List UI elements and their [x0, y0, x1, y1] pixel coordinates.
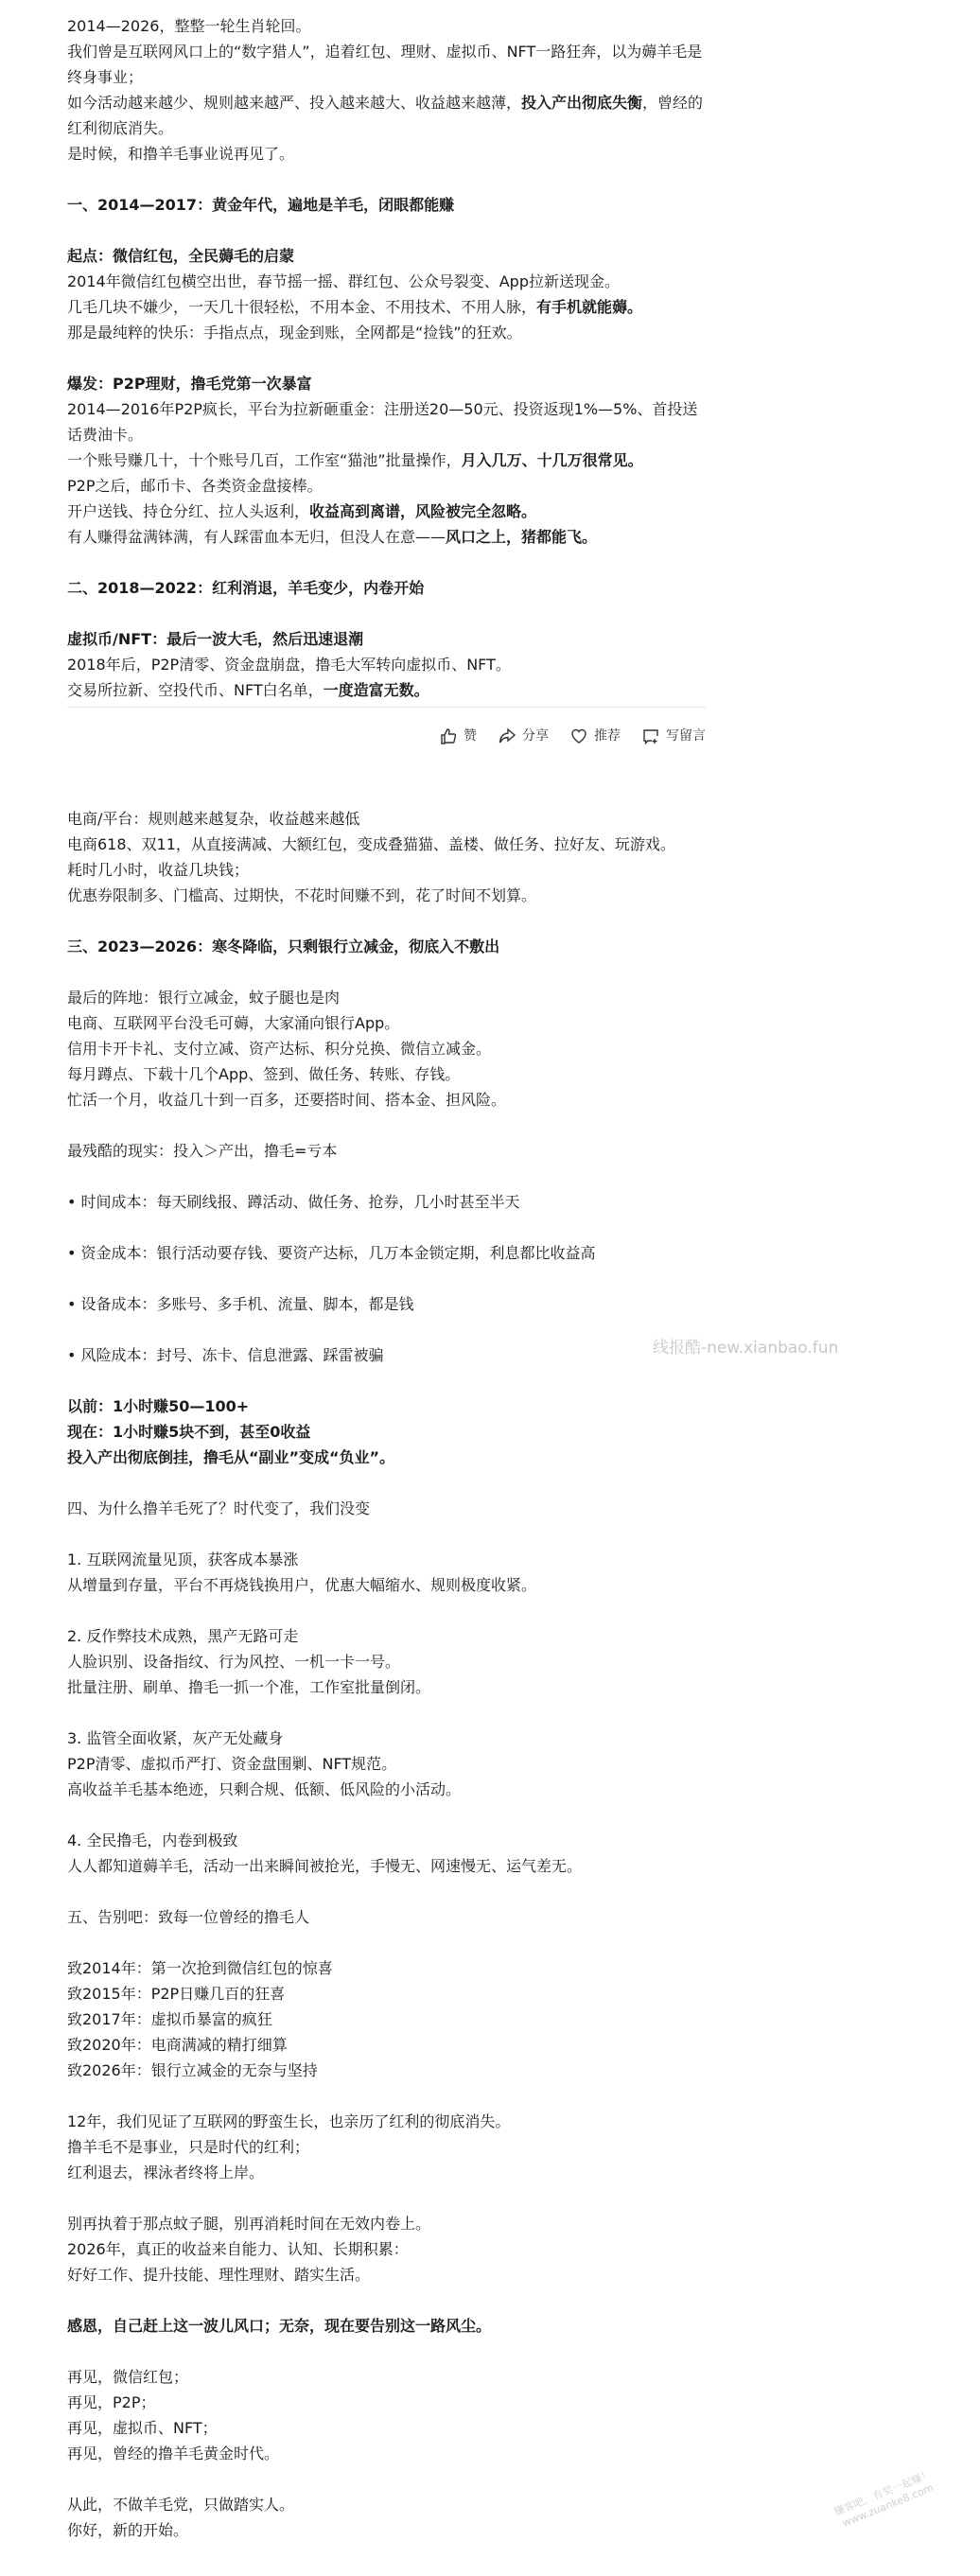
- compare-line: 现在：1小时赚5块不到，甚至0收益: [67, 1419, 706, 1445]
- paragraph-line: 几毛几块不嫌少，一天几十很轻松，不用本金、不用技术、不用人脉，有手机就能薅。: [67, 294, 706, 320]
- paragraph-line: 人人都知道薅羊毛，活动一出来瞬间被抢光，手慢无、网速慢无、运气差无。: [67, 1853, 706, 1879]
- emphasis-text: 月入几万、十几万很常见。: [462, 451, 643, 469]
- intro-section: 2014—2026，整整一轮生肖轮回。 我们曾是互联网风口上的“数字猎人”，追着…: [67, 13, 706, 166]
- paragraph-line: 12年，我们见证了互联网的野蛮生长，也亲历了红利的彻底消失。: [67, 2109, 706, 2134]
- text-run: 2014年微信红包横空出世，春节摇一摇、群红包、公众号裂变、App拉新送现金。: [67, 272, 620, 290]
- reason-title: 2. 反作弊技术成熟，黑产无路可走: [67, 1623, 706, 1649]
- subsection-title: 爆发：P2P理财，撸毛党第一次暴富: [67, 371, 706, 396]
- share-icon: [498, 727, 516, 745]
- paragraph-line: 那是最纯粹的快乐：手指点点，现金到账，全网都是“捡钱”的狂欢。: [67, 320, 706, 345]
- paragraph-line: 信用卡开卡礼、支付立减、资产达标、积分兑换、微信立减金。: [67, 1036, 706, 1061]
- paragraph-line: P2P之后，邮币卡、各类资金盘接棒。: [67, 473, 706, 499]
- paragraph-line: 有人赚得盆满钵满，有人踩雷血本无归，但没人在意——风口之上，猪都能飞。: [67, 524, 706, 550]
- text-run: 我们曾是互联网风口上的“数字猎人”，追着红包、理财、虚拟币、NFT一路狂奔，以为…: [67, 43, 702, 86]
- paragraph-line: 2014年微信红包横空出世，春节摇一摇、群红包、公众号裂变、App拉新送现金。: [67, 269, 706, 294]
- paragraph-line: 2014—2026，整整一轮生肖轮回。: [67, 13, 706, 39]
- paragraph-line: 耗时几小时，收益几块钱；: [67, 857, 706, 883]
- watermark-corner: 赚客吧，有奖一起赚！ www.zuanke8.com: [832, 2468, 938, 2532]
- paragraph-line: 如今活动越来越少、规则越来越严、投入越来越大、收益越来越薄，投入产出彻底失衡，曾…: [67, 90, 706, 141]
- farewell-line: 再见，虚拟币、NFT；: [67, 2415, 706, 2441]
- watermark-corner-line1: 赚客吧，有奖一起赚！: [832, 2468, 934, 2519]
- tribute-line: 致2017年：虚拟币暴富的疯狂: [67, 2006, 706, 2032]
- paragraph-line: 每月蹲点、下载十几个App、签到、做任务、转账、存钱。: [67, 1061, 706, 1087]
- section-heading-3: 三、2023—2026：寒冬降临，只剩银行立减金，彻底入不敷出: [67, 934, 706, 959]
- subsection-title: 起点：微信红包，全民薅毛的启蒙: [67, 243, 706, 269]
- like-label: 赞: [464, 724, 477, 749]
- cost-item: • 时间成本：每天刷线报、蹲活动、做任务、抢券，几小时甚至半天: [67, 1189, 706, 1215]
- emphasis-text: 投入产出彻底失衡: [521, 94, 642, 112]
- gratitude-line: 感恩，自己赶上这一波儿风口；无奈，现在要告别这一路风尘。: [67, 2313, 706, 2339]
- tribute-line: 致2014年：第一次抢到微信红包的惊喜: [67, 1955, 706, 1981]
- paragraph-line: 好好工作、提升技能、理性理财、踏实生活。: [67, 2262, 706, 2287]
- like-button[interactable]: 赞: [439, 724, 477, 749]
- paragraph-line: 2014—2016年P2P疯长，平台为拉新砸重金：注册送20—50元、投资返现1…: [67, 396, 706, 447]
- text-run: 那是最纯粹的快乐：手指点点，现金到账，全网都是“捡钱”的狂欢。: [67, 324, 522, 342]
- farewell-line: 再见，P2P；: [67, 2390, 706, 2415]
- paragraph-line: 高收益羊毛基本绝迹，只剩合规、低额、低风险的小活动。: [67, 1777, 706, 1802]
- heart-icon: [569, 727, 588, 745]
- compare-line: 投入产出彻底倒挂，撸毛从“副业”变成“负业”。: [67, 1445, 706, 1470]
- write-comment-button[interactable]: 写留言: [641, 724, 706, 749]
- paragraph-line: 2026年，真正的收益来自能力、认知、长期积累：: [67, 2236, 706, 2262]
- section-heading-2: 二、2018—2022：红利消退，羊毛变少，内卷开始: [67, 575, 706, 601]
- paragraph-line: 人脸识别、设备指纹、行为风控、一机一卡一号。: [67, 1649, 706, 1674]
- cost-item: • 风险成本：封号、冻卡、信息泄露、踩雷被骗: [67, 1342, 706, 1368]
- tribute-line: 致2020年：电商满减的精打细算: [67, 2032, 706, 2058]
- text-run: P2P之后，邮币卡、各类资金盘接棒。: [67, 477, 322, 495]
- recommend-label: 推荐: [594, 724, 621, 749]
- paragraph-line: 红利退去，裸泳者终将上岸。: [67, 2160, 706, 2185]
- action-bar: 赞 分享 推荐 写留言: [67, 708, 706, 764]
- subsection-title: 虚拟币/NFT：最后一波大毛，然后迅速退潮: [67, 626, 706, 652]
- section-heading-1: 一、2014—2017：黄金年代，遍地是羊毛，闭眼都能赚: [67, 192, 706, 218]
- subsection-title: 电商/平台：规则越来越复杂，收益越来越低: [67, 806, 706, 832]
- tribute-line: 致2015年：P2P日赚几百的狂喜: [67, 1981, 706, 2006]
- paragraph-line: 优惠券限制多、门槛高、过期快，不花时间赚不到，花了时间不划算。: [67, 883, 706, 908]
- share-button[interactable]: 分享: [498, 724, 549, 749]
- emphasis-text: 一度造富无数。: [324, 681, 429, 699]
- cost-item: • 资金成本：银行活动要存钱、要资产达标，几万本金锁定期，利息都比收益高: [67, 1240, 706, 1266]
- text-run: 是时候，和撸羊毛事业说再见了。: [67, 145, 294, 163]
- watermark-corner-line2: www.zuanke8.com: [837, 2480, 938, 2532]
- paragraph-line: 电商618、双11，从直接满减、大额红包，变成叠猫猫、盖楼、做任务、拉好友、玩游…: [67, 832, 706, 857]
- share-label: 分享: [522, 724, 549, 749]
- text-run: 2014—2026，整整一轮生肖轮回。: [67, 17, 310, 35]
- text-run: 交易所拉新、空投代币、NFT白名单，: [67, 681, 324, 699]
- paragraph-line: P2P清零、虚拟币严打、资金盘围剿、NFT规范。: [67, 1751, 706, 1777]
- write-comment-label: 写留言: [666, 724, 706, 749]
- text-run: 2018年后，P2P清零、资金盘崩盘，撸毛大军转向虚拟币、NFT。: [67, 656, 511, 674]
- text-run: 一个账号赚几十，十个账号几百，工作室“猫池”批量操作，: [67, 451, 462, 469]
- section-heading-4: 四、为什么撸羊毛死了？时代变了，我们没变: [67, 1496, 706, 1521]
- reason-title: 1. 互联网流量见顶，获客成本暴涨: [67, 1547, 706, 1572]
- text-run: 几毛几块不嫌少，一天几十很轻松，不用本金、不用技术、不用人脉，: [67, 298, 536, 316]
- reason-title: 3. 监管全面收紧，灰产无处藏身: [67, 1726, 706, 1751]
- paragraph-line: 从增量到存量，平台不再烧钱换用户，优惠大幅缩水、规则极度收紧。: [67, 1572, 706, 1598]
- subsection-title: 最后的阵地：银行立减金，蚊子腿也是肉: [67, 985, 706, 1010]
- text-run: 有人赚得盆满钵满，有人踩雷血本无归，但没人在意——: [67, 528, 446, 546]
- paragraph-line: 交易所拉新、空投代币、NFT白名单，一度造富无数。: [67, 677, 706, 703]
- recommend-button[interactable]: 推荐: [569, 724, 621, 749]
- paragraph-line: 批量注册、刷单、撸毛一抓一个准，工作室批量倒闭。: [67, 1674, 706, 1700]
- paragraph-line: 撸羊毛不是事业，只是时代的红利；: [67, 2134, 706, 2160]
- section-heading-5: 五、告别吧：致每一位曾经的撸毛人: [67, 1904, 706, 1930]
- paragraph-line: 2018年后，P2P清零、资金盘崩盘，撸毛大军转向虚拟币、NFT。: [67, 652, 706, 677]
- closing-line: 从此，不做羊毛党，只做踏实人。: [67, 2492, 706, 2517]
- emphasis-text: 风口之上，猪都能飞。: [446, 528, 597, 546]
- farewell-line: 再见，微信红包；: [67, 2364, 706, 2390]
- paragraph-line: 电商、互联网平台没毛可薅，大家涌向银行App。: [67, 1010, 706, 1036]
- text-run: 2014—2016年P2P疯长，平台为拉新砸重金：注册送20—50元、投资返现1…: [67, 400, 697, 444]
- farewell-line: 再见，曾经的撸羊毛黄金时代。: [67, 2441, 706, 2466]
- paragraph-line: 我们曾是互联网风口上的“数字猎人”，追着红包、理财、虚拟币、NFT一路狂奔，以为…: [67, 39, 706, 90]
- tribute-line: 致2026年：银行立减金的无奈与坚持: [67, 2058, 706, 2083]
- article-body: 2014—2026，整整一轮生肖轮回。 我们曾是互联网风口上的“数字猎人”，追着…: [67, 13, 706, 2543]
- text-run: 如今活动越来越少、规则越来越严、投入越来越大、收益越来越薄，: [67, 94, 521, 112]
- emphasis-text: 收益高到离谱，风险被完全忽略。: [309, 502, 536, 520]
- comment-add-icon: [641, 727, 660, 745]
- text-run: 开户送钱、持仓分红、拉人头返利，: [67, 502, 309, 520]
- compare-line: 以前：1小时赚50—100+: [67, 1393, 706, 1419]
- paragraph-line: 开户送钱、持仓分红、拉人头返利，收益高到离谱，风险被完全忽略。: [67, 499, 706, 524]
- cost-item: • 设备成本：多账号、多手机、流量、脚本，都是钱: [67, 1291, 706, 1317]
- emphasis-text: 有手机就能薅。: [536, 298, 642, 316]
- reality-statement: 最残酷的现实：投入＞产出，撸毛=亏本: [67, 1138, 706, 1164]
- paragraph-line: 忙活一个月，收益几十到一百多，还要搭时间、搭本金、担风险。: [67, 1087, 706, 1113]
- reason-title: 4. 全民撸毛，内卷到极致: [67, 1828, 706, 1853]
- closing-line: 你好，新的开始。: [67, 2517, 706, 2543]
- paragraph-line: 是时候，和撸羊毛事业说再见了。: [67, 141, 706, 166]
- paragraph-line: 一个账号赚几十，十个账号几百，工作室“猫池”批量操作，月入几万、十几万很常见。: [67, 447, 706, 473]
- paragraph-line: 别再执着于那点蚊子腿，别再消耗时间在无效内卷上。: [67, 2211, 706, 2236]
- thumbs-up-icon: [439, 727, 458, 745]
